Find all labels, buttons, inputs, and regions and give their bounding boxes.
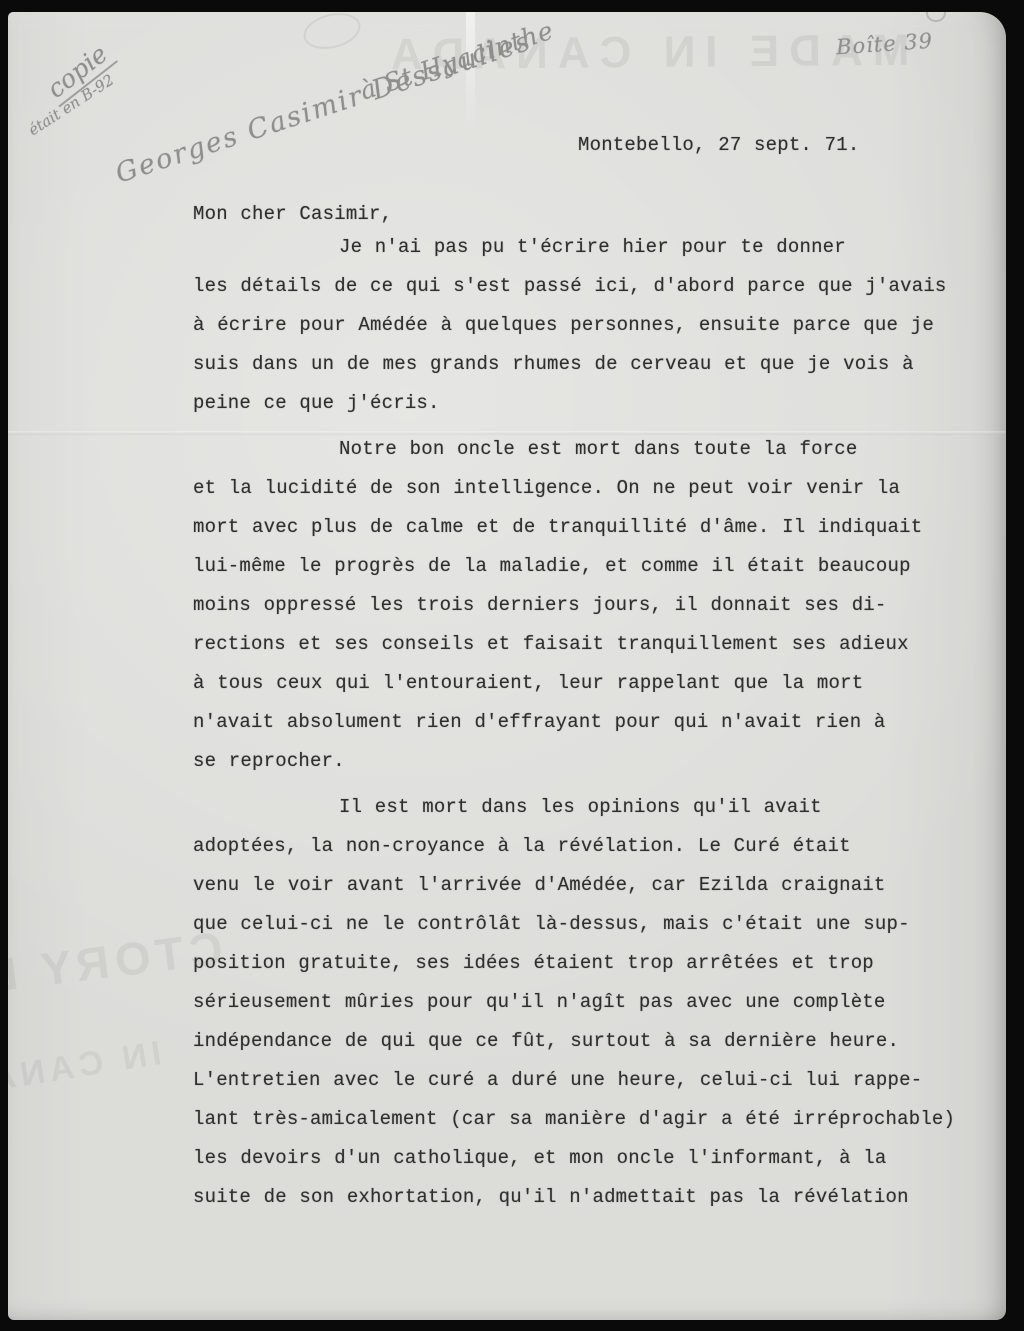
letter-line: venu le voir avant l'arrivée d'Amédée, c… xyxy=(193,866,983,905)
letter-line: Je n'ai pas pu t'écrire hier pour te don… xyxy=(193,228,983,267)
letter-dateline: Montebello, 27 sept. 71. xyxy=(578,134,859,156)
letter-line: suis dans un de mes grands rhumes de cer… xyxy=(193,345,983,384)
letter-line: rections et ses conseils et faisait tran… xyxy=(193,625,983,664)
letter-salutation: Mon cher Casimir, xyxy=(193,203,392,225)
letter-line: n'avait absolument rien d'effrayant pour… xyxy=(193,703,983,742)
letter-line: adoptées, la non-croyance à la révélatio… xyxy=(193,827,983,866)
left-watermark-fragment-2: IN CANAD xyxy=(8,1034,164,1105)
letter-line: et la lucidité de son intelligence. On n… xyxy=(193,469,983,508)
letter-paragraph: Notre bon oncle est mort dans toute la f… xyxy=(193,430,983,781)
letter-line: indépendance de qui que ce fût, surtout … xyxy=(193,1022,983,1061)
letter-line: lui-même le progrès de la maladie, et co… xyxy=(193,547,983,586)
annotation-recipient-place: à St Hyacinthe xyxy=(356,16,557,106)
letter-line: peine ce que j'écris. xyxy=(193,384,983,423)
letter-body: Je n'ai pas pu t'écrire hier pour te don… xyxy=(193,228,983,1217)
annotation-box-number: Boîte 39 xyxy=(835,29,934,60)
letter-line: les détails de ce qui s'est passé ici, d… xyxy=(193,267,983,306)
letter-line: position gratuite, ses idées étaient tro… xyxy=(193,944,983,983)
letter-line: sérieusement mûries pour qu'il n'agît pa… xyxy=(193,983,983,1022)
letter-paragraph: Il est mort dans les opinions qu'il avai… xyxy=(193,788,983,1217)
letter-line: à écrire pour Amédée à quelques personne… xyxy=(193,306,983,345)
letter-line: se reprocher. xyxy=(193,742,983,781)
letter-line: mort avec plus de calme et de tranquilli… xyxy=(193,508,983,547)
scanned-letter-page: { "colors": { "background": "#0a0a0a", "… xyxy=(0,0,1024,1331)
faint-stamp-icon xyxy=(300,12,365,55)
letter-paragraph: Je n'ai pas pu t'écrire hier pour te don… xyxy=(193,228,983,423)
letter-line: lant très-amicalement (car sa manière d'… xyxy=(193,1100,983,1139)
letter-line: que celui-ci ne le contrôlât là-dessus, … xyxy=(193,905,983,944)
letter-line: les devoirs d'un catholique, et mon oncl… xyxy=(193,1139,983,1178)
letter-line: Notre bon oncle est mort dans toute la f… xyxy=(193,430,983,469)
letter-paper: MADE IN CANADA CTORY BO IN CANAD copie é… xyxy=(8,12,1006,1320)
letter-line: à tous ceux qui l'entouraient, leur rapp… xyxy=(193,664,983,703)
faint-edge-mark xyxy=(926,12,946,22)
letter-line: suite de son exhortation, qu'il n'admett… xyxy=(193,1178,983,1217)
letter-line: Il est mort dans les opinions qu'il avai… xyxy=(193,788,983,827)
letter-line: moins oppressé les trois derniers jours,… xyxy=(193,586,983,625)
letter-line: L'entretien avec le curé a duré une heur… xyxy=(193,1061,983,1100)
